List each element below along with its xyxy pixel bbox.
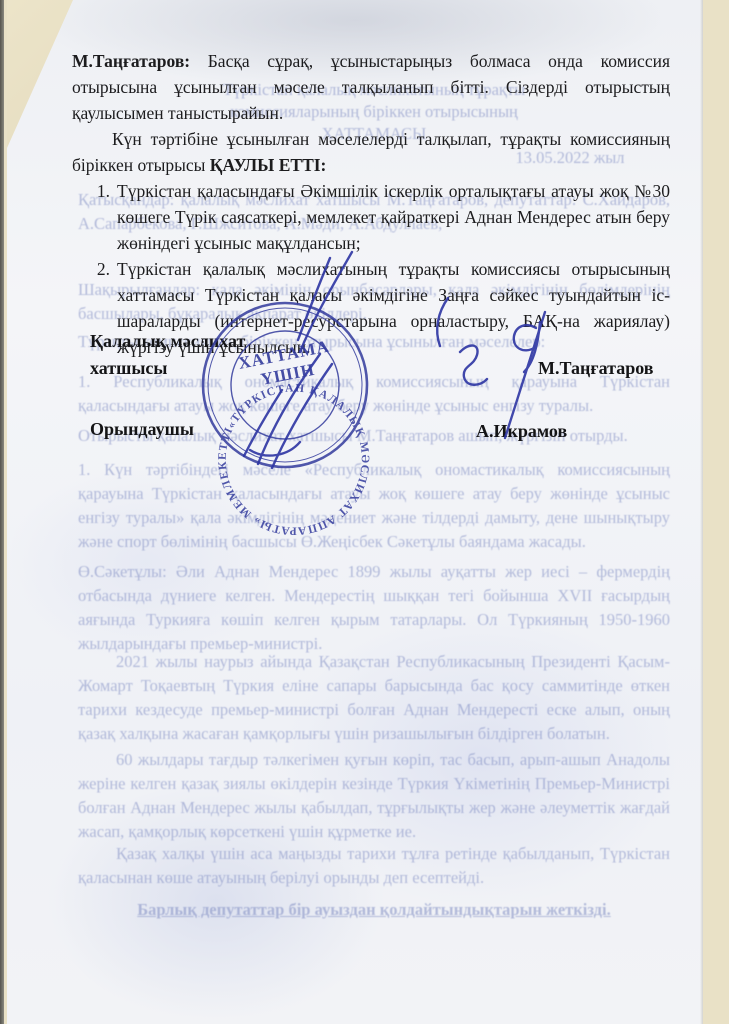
round-stamp: «ТҮРКІСТАН ҚАЛАЛЫҚ МӘСЛИХАТ АППАРАТЫ» МЕ… xyxy=(0,0,371,537)
scanned-protocol-page: { "main": { "p1_speaker": "М.Таңғатаров:… xyxy=(0,0,729,1024)
stamp-and-signatures-layer: «ТҮРКІСТАН ҚАЛАЛЫҚ МӘСЛИХАТ АППАРАТЫ» МЕ… xyxy=(0,0,729,1024)
